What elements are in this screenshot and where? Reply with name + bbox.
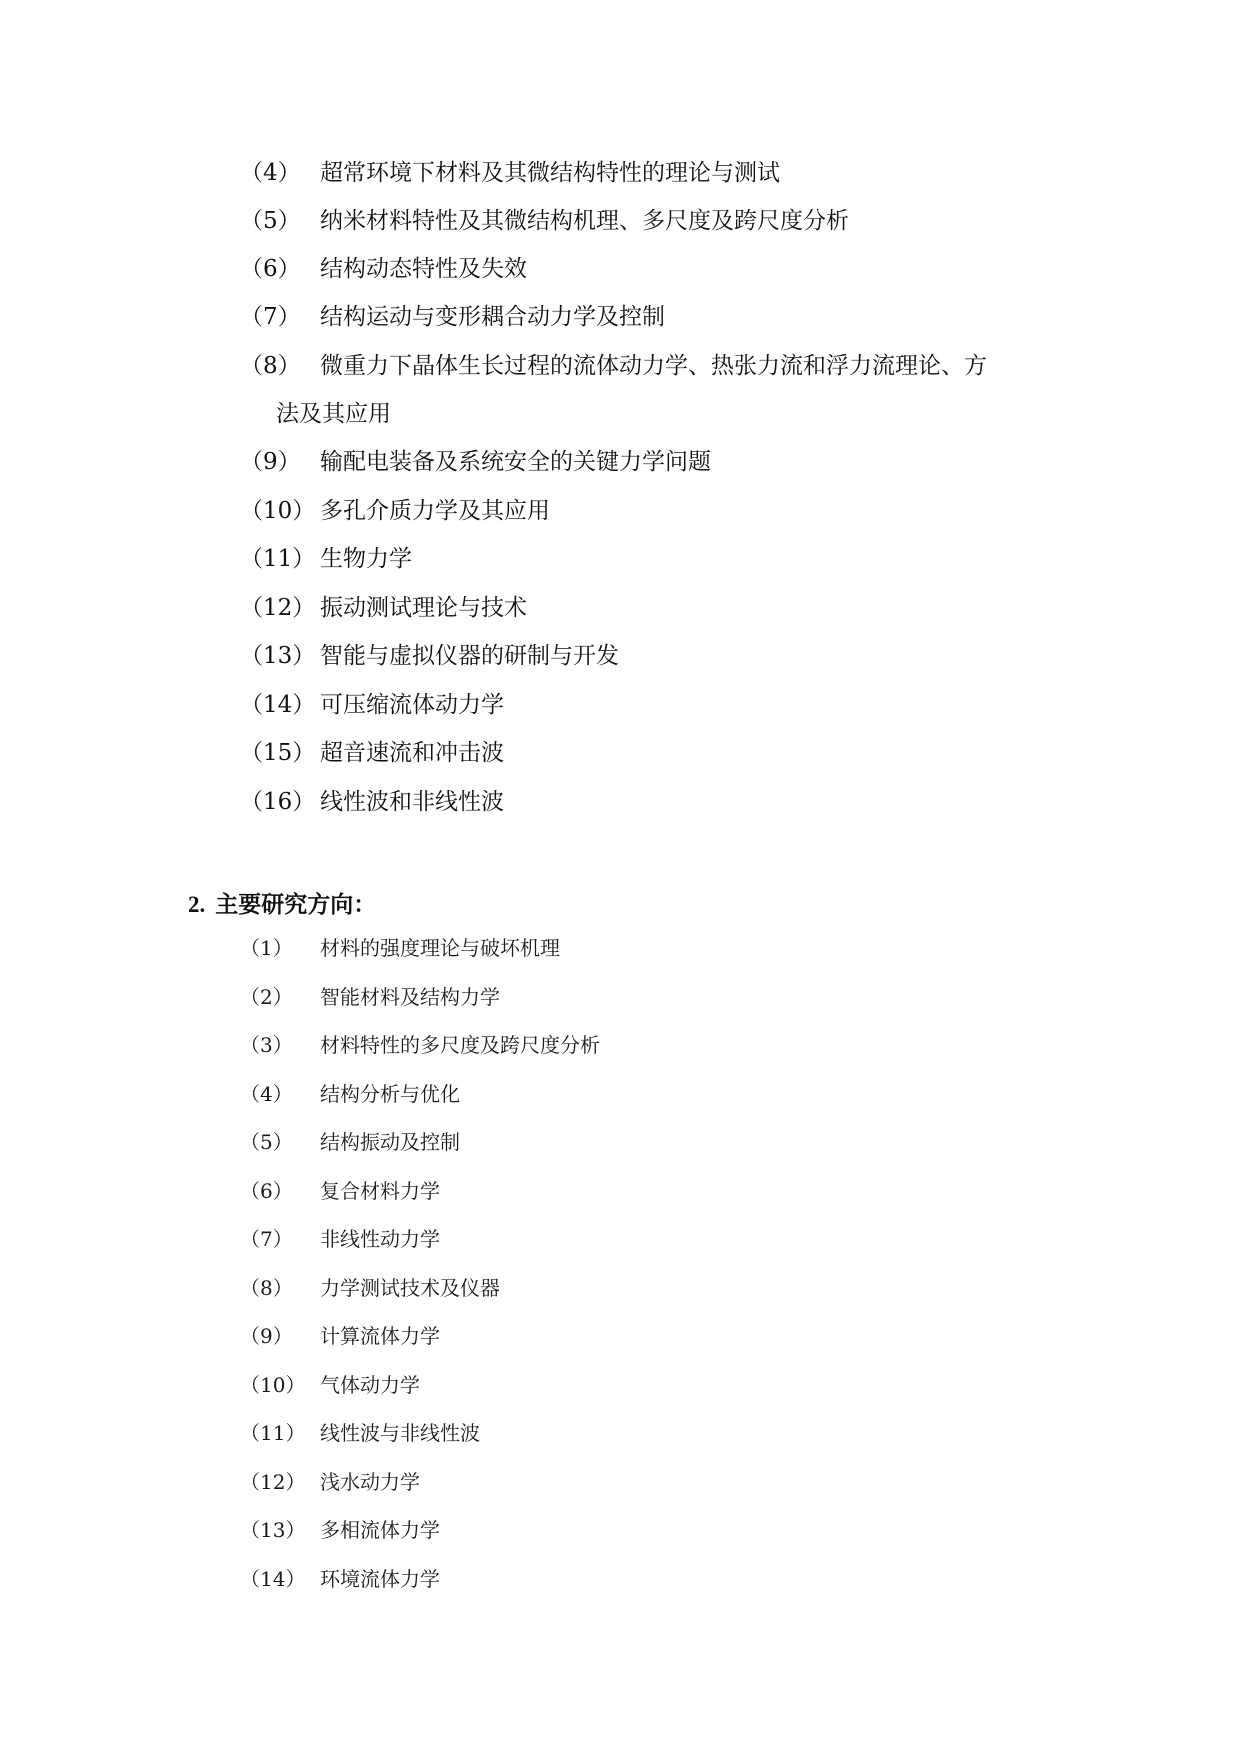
item-text: 结构分析与优化: [320, 1082, 460, 1106]
list-item: （4）超常环境下材料及其微结构特性的理论与测试: [240, 158, 780, 188]
item-number: （12）: [240, 1469, 320, 1495]
item-text: 结构动态特性及失效: [320, 254, 527, 284]
list-item: （6）结构动态特性及失效: [240, 254, 527, 284]
item-text: 复合材料力学: [320, 1179, 440, 1203]
item-text: 浅水动力学: [320, 1470, 420, 1494]
item-number: （5）: [240, 206, 320, 236]
list-item: （5）纳米材料特性及其微结构机理、多尺度及跨尺度分析: [240, 206, 849, 236]
item-number: （10）: [240, 1372, 320, 1398]
item-text: 多孔介质力学及其应用: [320, 496, 550, 526]
list-item: （15）超音速流和冲击波: [240, 738, 504, 768]
item-text: 超常环境下材料及其微结构特性的理论与测试: [320, 158, 780, 188]
item-number: （5）: [240, 1129, 320, 1155]
list-item: （13）智能与虚拟仪器的研制与开发: [240, 641, 619, 671]
item-number: （14）: [240, 1566, 320, 1592]
document-page: （4）超常环境下材料及其微结构特性的理论与测试 （5）纳米材料特性及其微结构机理…: [0, 0, 1241, 1754]
heading-number: 2.: [188, 892, 205, 917]
item-text: 非线性动力学: [320, 1227, 440, 1251]
list-item: （8）力学测试技术及仪器: [240, 1275, 500, 1301]
list-item: （1）材料的强度理论与破坏机理: [240, 935, 560, 961]
list-item: （11）线性波与非线性波: [240, 1420, 480, 1446]
item-text: 多相流体力学: [320, 1518, 440, 1542]
list-item: （10）多孔介质力学及其应用: [240, 496, 550, 526]
list-item: （10）气体动力学: [240, 1372, 420, 1398]
item-text: 线性波与非线性波: [320, 1421, 480, 1445]
item-text: 微重力下晶体生长过程的流体动力学、热张力流和浮力流理论、方: [320, 351, 987, 381]
list-item: （5）结构振动及控制: [240, 1129, 460, 1155]
item-text: 线性波和非线性波: [320, 787, 504, 817]
item-number: （14）: [240, 690, 320, 720]
item-number: （4）: [240, 158, 320, 188]
list-item: （9）输配电装备及系统安全的关键力学问题: [240, 447, 711, 477]
list-item: （14）可压缩流体动力学: [240, 690, 504, 720]
item-text: 计算流体力学: [320, 1324, 440, 1348]
list-item: （3）材料特性的多尺度及跨尺度分析: [240, 1032, 600, 1058]
item-text: 超音速流和冲击波: [320, 738, 504, 768]
item-text: 气体动力学: [320, 1373, 420, 1397]
item-text: 材料特性的多尺度及跨尺度分析: [320, 1033, 600, 1057]
item-number: （6）: [240, 254, 320, 284]
list-item: （14）环境流体力学: [240, 1566, 440, 1592]
item-number: （9）: [240, 447, 320, 477]
item-text: 环境流体力学: [320, 1567, 440, 1591]
list-item: （12）振动测试理论与技术: [240, 593, 527, 623]
list-item: （12）浅水动力学: [240, 1469, 420, 1495]
list-item: （4）结构分析与优化: [240, 1081, 460, 1107]
item-number: （2）: [240, 984, 320, 1010]
item-number: （12）: [240, 593, 320, 623]
list-item: （2）智能材料及结构力学: [240, 984, 500, 1010]
item-text: 智能与虚拟仪器的研制与开发: [320, 641, 619, 671]
item-number: （16）: [240, 787, 320, 817]
item-text: 可压缩流体动力学: [320, 690, 504, 720]
section-heading: 2.主要研究方向：: [188, 890, 376, 920]
item-text: 结构运动与变形耦合动力学及控制: [320, 302, 665, 332]
item-number: （3）: [240, 1032, 320, 1058]
list-item: （16）线性波和非线性波: [240, 787, 504, 817]
item-text: 结构振动及控制: [320, 1130, 460, 1154]
item-number: （9）: [240, 1323, 320, 1349]
list-item: （8）微重力下晶体生长过程的流体动力学、热张力流和浮力流理论、方: [240, 351, 987, 381]
heading-text: 主要研究方向：: [215, 892, 376, 918]
item-text-continuation: 法及其应用: [276, 399, 391, 429]
item-number: （13）: [240, 1517, 320, 1543]
item-number: （15）: [240, 738, 320, 768]
item-text: 振动测试理论与技术: [320, 593, 527, 623]
item-number: （7）: [240, 302, 320, 332]
item-number: （6）: [240, 1178, 320, 1204]
item-number: （11）: [240, 544, 320, 574]
list-item: （11）生物力学: [240, 544, 412, 574]
list-item: （13）多相流体力学: [240, 1517, 440, 1543]
item-number: （8）: [240, 351, 320, 381]
item-number: （10）: [240, 496, 320, 526]
item-number: （13）: [240, 641, 320, 671]
item-number: （11）: [240, 1420, 320, 1446]
item-number: （1）: [240, 935, 320, 961]
item-text: 输配电装备及系统安全的关键力学问题: [320, 447, 711, 477]
item-text: 智能材料及结构力学: [320, 985, 500, 1009]
item-text: 力学测试技术及仪器: [320, 1276, 500, 1300]
item-number: （4）: [240, 1081, 320, 1107]
item-text: 纳米材料特性及其微结构机理、多尺度及跨尺度分析: [320, 206, 849, 236]
list-item: （7）结构运动与变形耦合动力学及控制: [240, 302, 665, 332]
item-number: （8）: [240, 1275, 320, 1301]
list-item: （9）计算流体力学: [240, 1323, 440, 1349]
item-number: （7）: [240, 1226, 320, 1252]
item-text: 材料的强度理论与破坏机理: [320, 936, 560, 960]
list-item: （6）复合材料力学: [240, 1178, 440, 1204]
item-text: 生物力学: [320, 544, 412, 574]
list-item: （7）非线性动力学: [240, 1226, 440, 1252]
